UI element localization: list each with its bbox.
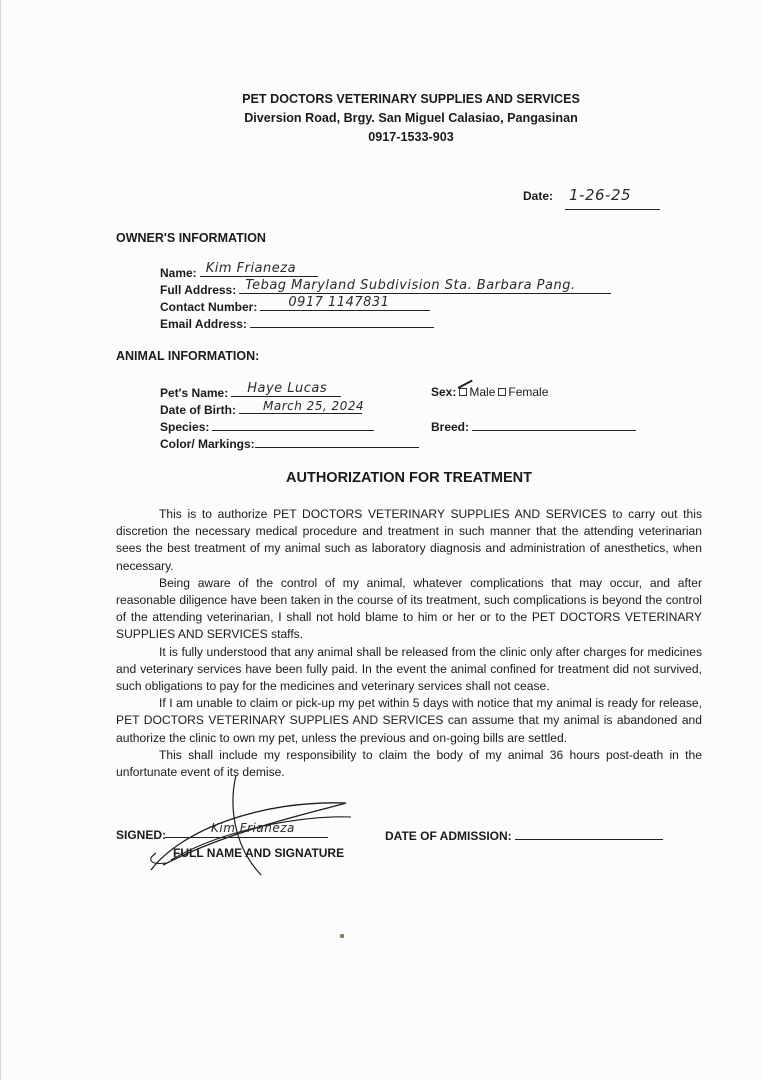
sex-male-label: Male (469, 385, 495, 399)
sex-female-checkbox[interactable] (498, 388, 506, 396)
authorization-paragraph: Being aware of the control of my animal,… (116, 575, 702, 644)
admission-line[interactable] (515, 828, 663, 840)
dob-line[interactable]: March 25, 2024 (239, 402, 362, 414)
sex-label: Sex: (431, 385, 456, 399)
dob-field[interactable]: Date of Birth:March 25, 2024 (160, 402, 362, 417)
letterhead: PET DOCTORS VETERINARY SUPPLIES AND SERV… (1, 90, 762, 147)
owner-address-line[interactable]: Tebag Maryland Subdivision Sta. Barbara … (239, 282, 611, 294)
company-phone: 0917-1533-903 (1, 128, 762, 147)
company-name: PET DOCTORS VETERINARY SUPPLIES AND SERV… (1, 90, 762, 109)
authorization-paragraph: This is to authorize PET DOCTORS VETERIN… (116, 506, 702, 575)
owner-address-value: Tebag Maryland Subdivision Sta. Barbara … (245, 278, 575, 293)
sex-field: Sex:MaleFemale (431, 385, 548, 399)
owner-email-field[interactable]: Email Address: (160, 316, 434, 331)
company-address: Diversion Road, Brgy. San Miguel Calasia… (1, 109, 762, 128)
sex-female-label: Female (508, 385, 548, 399)
date-of-admission-field[interactable]: DATE OF ADMISSION: (385, 828, 663, 843)
dob-label: Date of Birth: (160, 403, 236, 417)
signature-scribble (141, 775, 361, 895)
pet-name-label: Pet's Name: (160, 386, 228, 400)
signature-caption: FULL NAME AND SIGNATURE (173, 846, 344, 860)
breed-field[interactable]: Breed: (431, 419, 636, 434)
sex-male-checkbox[interactable] (459, 388, 467, 396)
owner-email-label: Email Address: (160, 317, 247, 331)
authorization-paragraph: If I am unable to claim or pick-up my pe… (116, 695, 702, 747)
date-line[interactable]: 1-26-25 (565, 197, 660, 210)
scanned-form-page: PET DOCTORS VETERINARY SUPPLIES AND SERV… (0, 0, 762, 1080)
animal-section-title: ANIMAL INFORMATION: (116, 349, 259, 363)
date-label: Date: (523, 189, 553, 203)
signed-name-handwritten: Kim Frianeza (211, 821, 295, 835)
signature-line[interactable] (165, 837, 328, 838)
authorization-paragraph: It is fully understood that any animal s… (116, 644, 702, 696)
owner-address-label: Full Address: (160, 283, 236, 297)
color-markings-label: Color/ Markings: (160, 437, 255, 451)
owner-contact-field[interactable]: Contact Number:0917 1147831 (160, 299, 430, 314)
admission-label: DATE OF ADMISSION: (385, 829, 512, 843)
species-field[interactable]: Species: (160, 419, 374, 434)
scan-speck (340, 934, 344, 938)
date-field[interactable]: Date: 1-26-25 (523, 189, 553, 203)
signature-field[interactable]: SIGNED: Kim Frianeza FULL NAME AND SIGNA… (116, 828, 166, 842)
owner-contact-label: Contact Number: (160, 300, 257, 314)
authorization-body: This is to authorize PET DOCTORS VETERIN… (116, 506, 702, 781)
date-value: 1-26-25 (569, 186, 631, 204)
owner-name-label: Name: (160, 266, 197, 280)
dob-value: March 25, 2024 (263, 399, 364, 413)
species-line[interactable] (212, 419, 374, 431)
color-markings-field[interactable]: Color/ Markings: (160, 436, 419, 451)
species-label: Species: (160, 420, 209, 434)
breed-line[interactable] (472, 419, 636, 431)
color-markings-line[interactable] (255, 436, 419, 448)
pet-name-value: Haye Lucas (247, 381, 327, 396)
owner-contact-line[interactable]: 0917 1147831 (260, 299, 430, 311)
owner-contact-value: 0917 1147831 (288, 295, 389, 310)
breed-label: Breed: (431, 420, 469, 434)
pet-name-line[interactable]: Haye Lucas (231, 385, 341, 397)
pet-name-field[interactable]: Pet's Name:Haye Lucas (160, 385, 341, 400)
owner-section-title: OWNER'S INFORMATION (116, 231, 266, 245)
signed-label: SIGNED: (116, 828, 166, 842)
authorization-title: AUTHORIZATION FOR TREATMENT (1, 470, 762, 486)
owner-name-value: Kim Frianeza (206, 261, 296, 276)
owner-email-line[interactable] (250, 316, 434, 328)
owner-name-line[interactable]: Kim Frianeza (200, 265, 318, 277)
